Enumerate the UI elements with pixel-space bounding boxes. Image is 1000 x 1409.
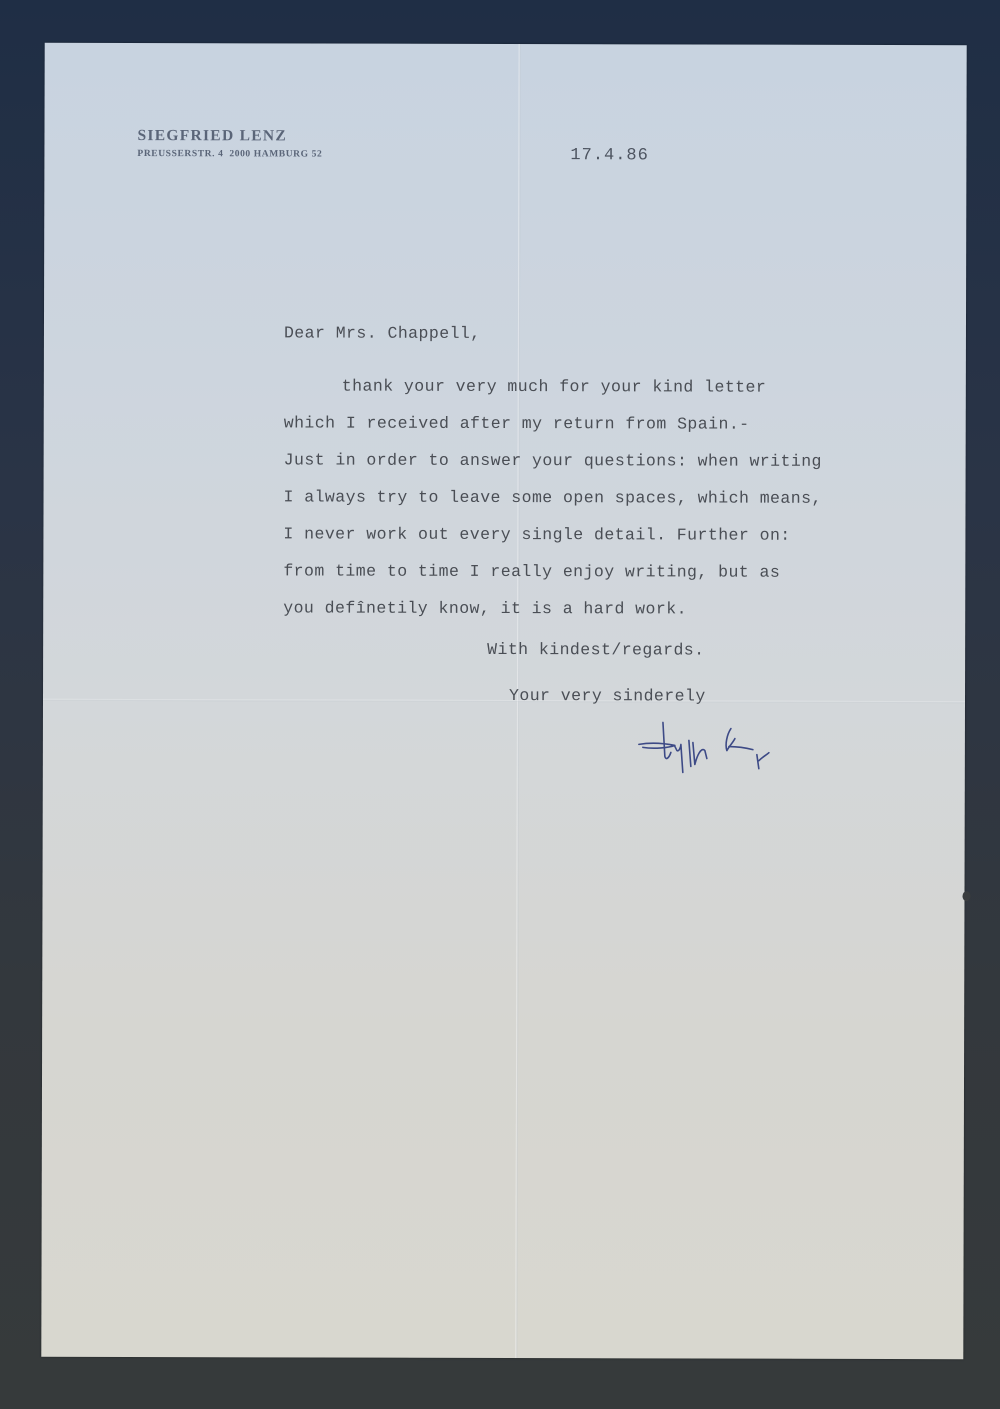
body-line: thank your very much for your kind lette… — [284, 367, 822, 405]
signature-icon — [631, 716, 791, 786]
closing-regards: With kindest/regards. — [487, 640, 704, 660]
body-line: from time to time I really enjoy writing… — [283, 552, 821, 590]
body-line: Just in order to answer your questions: … — [284, 441, 822, 479]
closing-sincerely: Your very sinderely — [509, 686, 706, 706]
body-line: I always try to leave some open spaces, … — [283, 478, 821, 516]
body-line: you defînetily know, it is a hard work. — [283, 589, 821, 627]
horizontal-fold-line — [43, 699, 965, 703]
salutation: Dear Mrs. Chappell, — [284, 321, 822, 346]
letterhead-name: SIEGFRIED LENZ — [137, 127, 322, 145]
letterhead-address: PREUSSERSTR. 4 2000 HAMBURG 52 — [137, 147, 322, 161]
body-line: I never work out every single detail. Fu… — [283, 515, 821, 553]
letter-paper: SIEGFRIED LENZ PREUSSERSTR. 4 2000 HAMBU… — [41, 43, 966, 1359]
letter-body: Dear Mrs. Chappell, thank your very much… — [283, 321, 822, 627]
letter-date: 17.4.86 — [570, 146, 648, 165]
body-line: which I received after my return from Sp… — [284, 404, 822, 442]
letterhead: SIEGFRIED LENZ PREUSSERSTR. 4 2000 HAMBU… — [137, 127, 322, 161]
paper-edge-notch — [962, 891, 970, 901]
